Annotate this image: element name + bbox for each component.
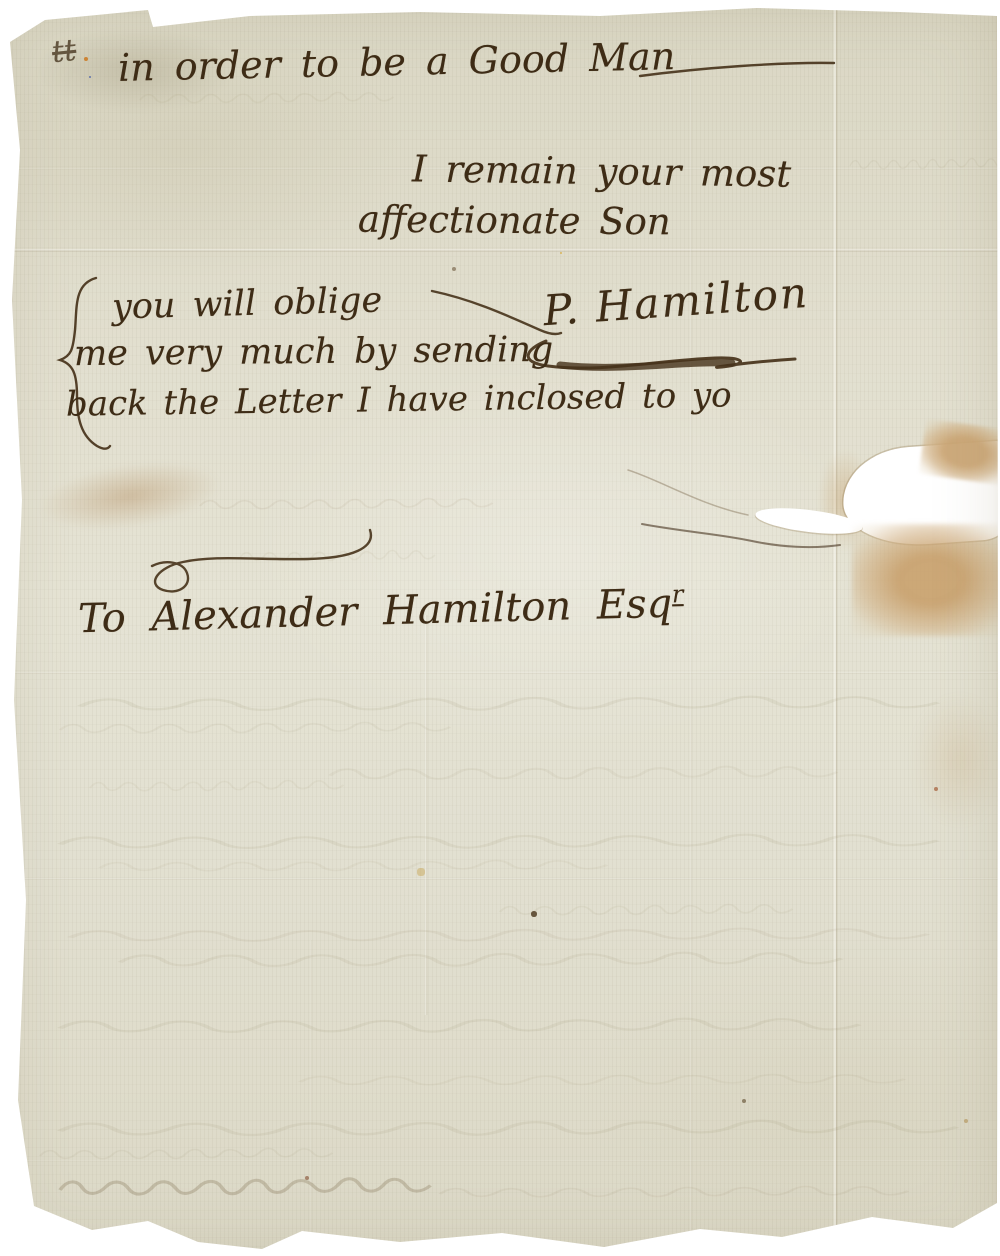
fold-crease-horizontal	[0, 249, 1000, 252]
fold-crease-horizontal	[0, 672, 1000, 674]
postscript-line-2: me very much by sending	[74, 330, 554, 374]
tear-edge-stain	[818, 450, 873, 550]
tear-crack-line	[628, 470, 748, 515]
tear-edge-stain	[919, 418, 1000, 485]
tear-crack-gap	[754, 504, 864, 539]
ink-and-foxing-specks	[0, 0, 2, 2]
letter-scan: tt in order to be a Good Man I remain yo…	[0, 0, 1000, 1256]
fold-crease-vertical	[424, 615, 428, 1015]
fold-crease-vertical	[310, 940, 312, 1256]
closing-line-1: I remain your most	[412, 147, 792, 195]
address-line: To Alexander Hamilton Esqr	[77, 580, 684, 642]
smudge-stain	[912, 695, 1000, 825]
paper-sheet: tt in order to be a Good Man I remain yo…	[0, 0, 1000, 1256]
fold-crease-horizontal	[0, 878, 1000, 880]
address-text: To Alexander Hamilton Esq	[78, 581, 673, 643]
fold-crease-horizontal	[0, 1160, 1000, 1162]
fold-crease-vertical	[690, 55, 692, 1256]
flourish-underline-thick	[560, 363, 732, 368]
postscript-line-3: back the Letter I have inclosed to yo	[66, 375, 732, 424]
flourish-underline	[528, 341, 795, 368]
opening-line: in order to be a Good Man	[118, 34, 676, 90]
flourish-squiggle	[152, 530, 371, 591]
signature: P. Hamilton	[542, 268, 811, 335]
tear-hole	[882, 462, 1000, 540]
tear-edge-stain	[852, 524, 1000, 636]
fold-crease-vertical	[833, 0, 838, 1256]
closing-line-2: affectionate Son	[358, 198, 671, 244]
tear-crack-line	[642, 524, 840, 547]
smudge-stain	[37, 453, 224, 539]
address-superscript: r	[672, 580, 684, 608]
tear-hole	[840, 440, 1000, 549]
postscript-line-1: you will oblige	[112, 280, 383, 327]
top-left-ink-mark: tt	[50, 33, 78, 70]
